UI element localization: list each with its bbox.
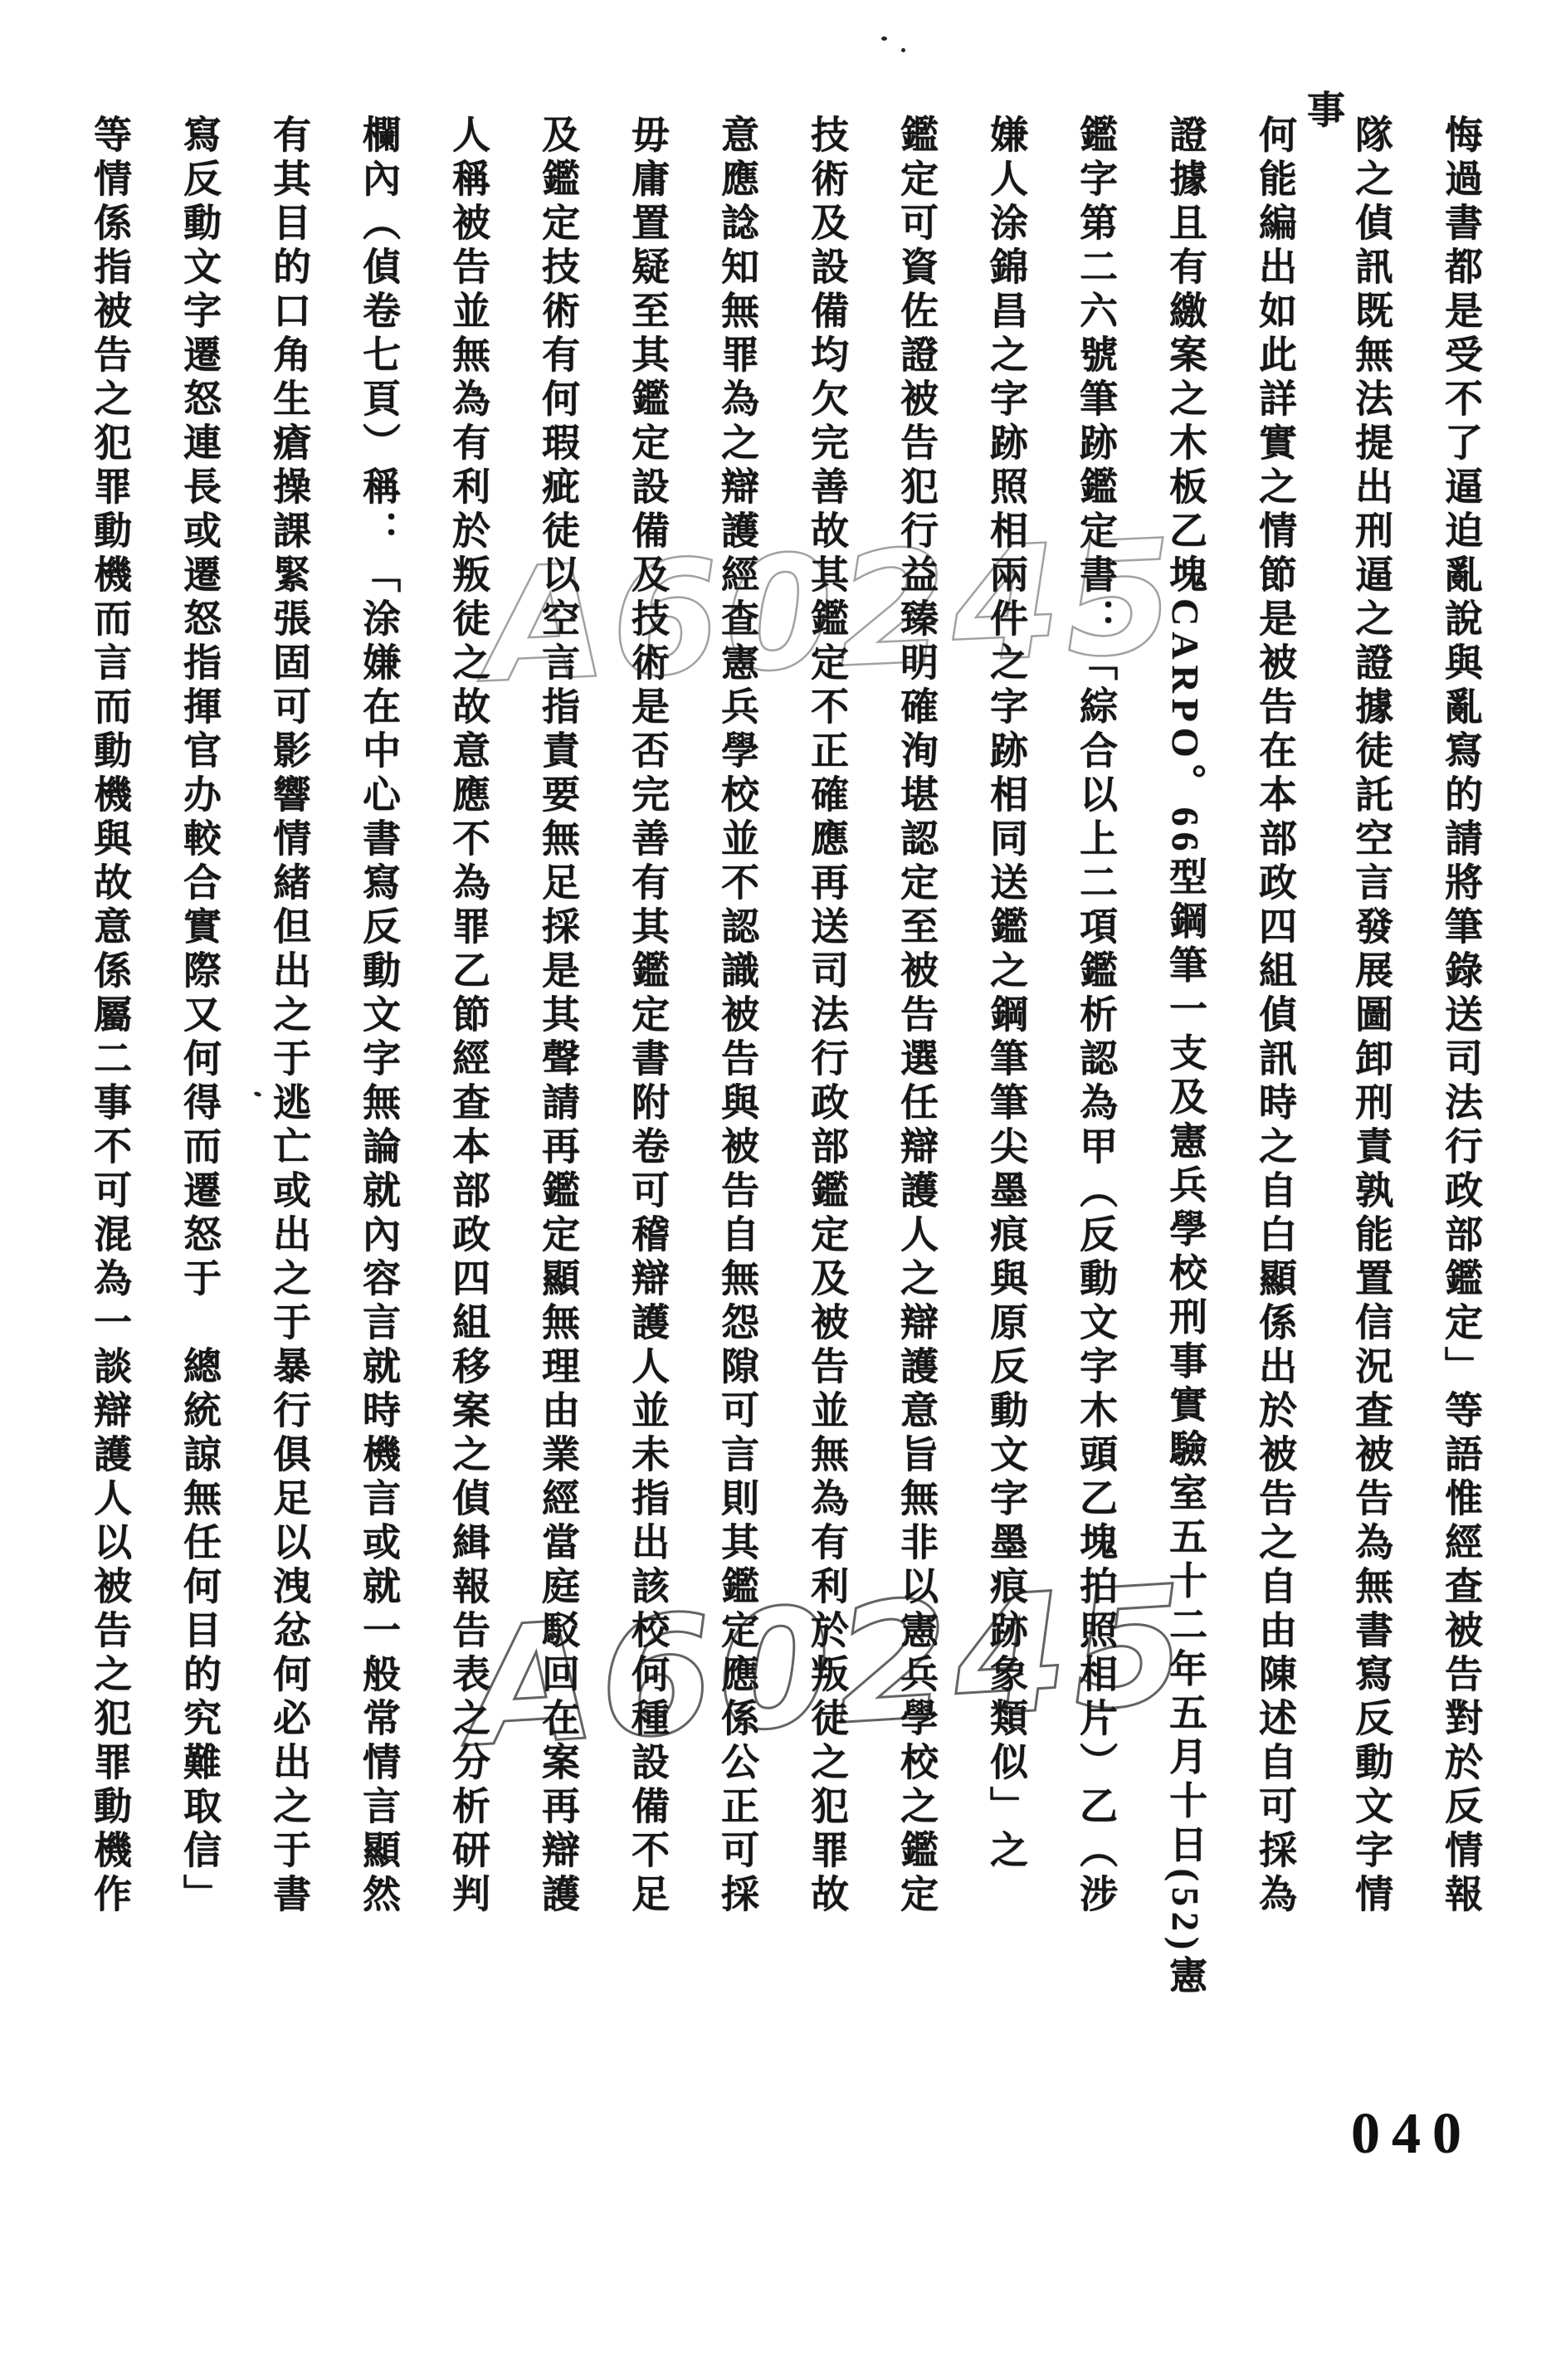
ink-speck: [881, 37, 887, 41]
text-column: 技術及設備均欠完善故其鑑定不正確應再送司法行政部鑑定及被告並無為有利於叛徒之犯罪…: [807, 115, 846, 1999]
inserted-character: 事: [1304, 90, 1342, 1974]
text-column: 及鑑定技術有何瑕疵徒以空言指責要無足採是其聲請再鑑定顯無理由業經當庭駁回在案再辯…: [539, 115, 577, 1999]
text-column: 寫反動文字遷怒連長或遷怒指揮官办較合實際又何得而遷怒于 總統諒無任何目的究難取信…: [180, 115, 218, 1999]
text-column: 毋庸置疑至其鑑定設備及技術是否完善有其鑑定書附卷可稽辯護人並未指出該校何種設備不…: [628, 115, 666, 1999]
text-column: 欄內（偵卷七頁）稱：「涂嫌在中心書寫反動文字無論就內容言就時機言或就一般常情言顯…: [359, 115, 398, 1999]
text-column: 意應諗知無罪為之辯護經查憲兵學校並不認識被告與被告自無怨隙可言則其鑑定應係公正可…: [718, 115, 756, 1999]
text-column: 嫌人涂錦昌之字跡照相兩件之字跡相同送鑑之鋼筆筆尖墨痕與原反動文字墨痕跡象類似」之: [987, 115, 1025, 1999]
text-column: 證據且有繳案之木板乙塊CARPO。66型鋼筆一支及憲兵學校刑事實驗室五十二年五月…: [1166, 115, 1204, 1999]
text-column: 人稱被告並無為有利於叛徒之故意應不為罪乙節經查本部政四組移案之偵緝報告表之分析研…: [449, 115, 487, 1999]
ink-speck: [471, 390, 476, 393]
text-column: 悔過書都是受不了逼迫亂說與亂寫的請將筆錄送司法行政部鑑定」等語惟經查被告對於反情…: [1441, 115, 1480, 1999]
scanned-document-page: 悔過書都是受不了逼迫亂說與亂寫的請將筆錄送司法行政部鑑定」等語惟經查被告對於反情…: [0, 0, 1551, 2380]
text-column: 鑑定可資佐證被告犯行益臻明確洵堪認定至被告選任辯護人之辯護意旨無非以憲兵學校之鑑…: [897, 115, 935, 1999]
vertical-text-block: 悔過書都是受不了逼迫亂說與亂寫的請將筆錄送司法行政部鑑定」等語惟經查被告對於反情…: [39, 115, 1480, 1999]
text-column: 有其目的口角生瘡操課緊張固可影響情緒但出之于逃亡或出之于暴行俱足以洩忿何必出之于…: [270, 115, 308, 1999]
ink-speck: [901, 48, 905, 52]
text-column: 何能編出如此詳實之情節是被告在本部政四組偵訊時之自白顯係出於被告之自由陳述自可採…: [1256, 115, 1294, 1999]
text-column: 鑑字第二六號筆跡鑑定書：「綜合以上二項鑑析認為甲（反動文字木頭乙塊拍照相片）乙（…: [1076, 115, 1114, 1999]
text-column: 隊之偵訊既無法提出刑逼之證據徒託空言發展圖卸刑責孰能置信況查被告為無書寫反動文字…: [1352, 115, 1390, 1999]
page-number: 040: [1351, 2101, 1473, 2168]
text-column: 等情係指被告之犯罪動機而言而動機與故意係屬二事不可混為一談辯護人以被告之犯罪動機…: [90, 115, 129, 1999]
